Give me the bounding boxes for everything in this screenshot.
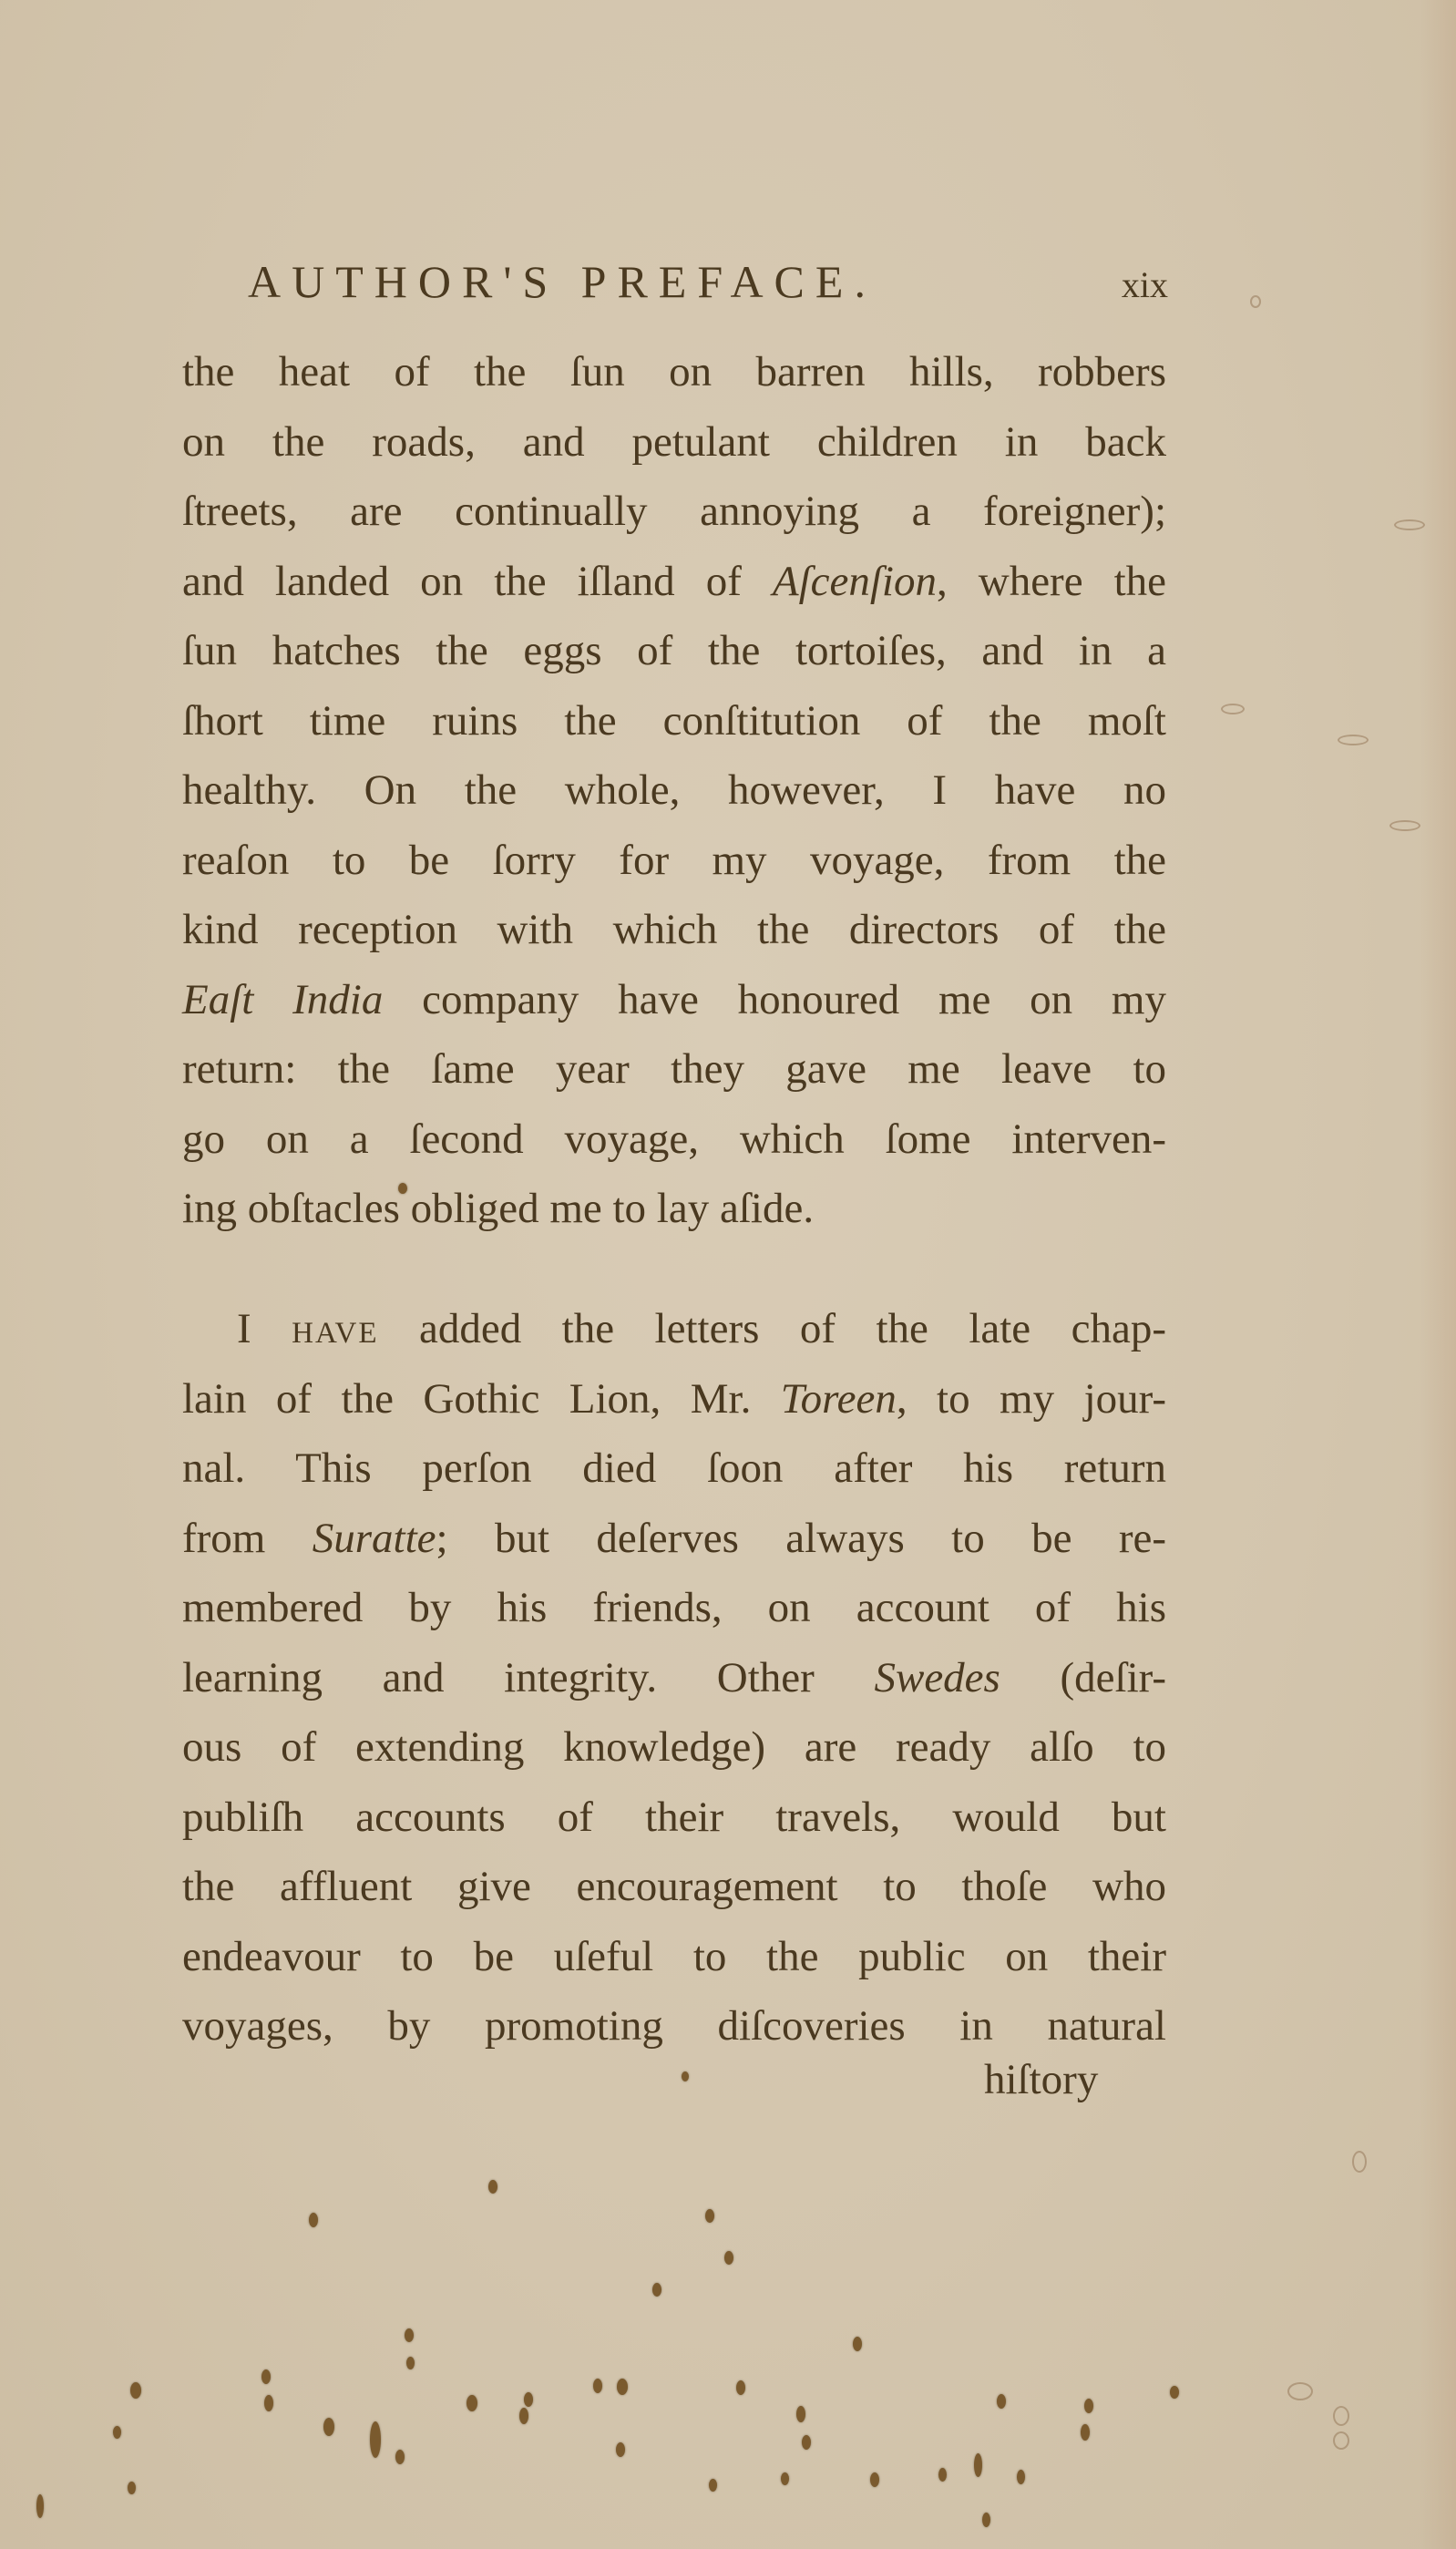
small-caps-word: have [292, 1305, 378, 1352]
text-line: ſun hatches the eggs of the tortoiſes, a… [182, 616, 1166, 686]
text-line: nal. This perſon died ſoon after his ret… [182, 1434, 1166, 1504]
text-line: return: the ſame year they gave me leave… [182, 1034, 1166, 1105]
text-line: and landed on the iſland of Aſcenſion, w… [182, 547, 1166, 617]
text-segment: added the letters of the late chap- [379, 1305, 1166, 1352]
text-line: the affluent give encouragement to thoſe… [182, 1852, 1166, 1922]
text-line: membered by his friends, on account of h… [182, 1573, 1166, 1643]
text-line: learning and integrity. Other Swedes (de… [182, 1643, 1166, 1713]
page-edge-shadow [1420, 0, 1456, 2549]
text-segment: and landed on the iſland of [182, 558, 773, 605]
text-line: voyages, by promoting diſcoveries in nat… [182, 1991, 1166, 2061]
text-line: kind reception with which the directors … [182, 895, 1166, 965]
text-segment: (deſir- [1000, 1654, 1166, 1701]
text-line: ing obſtacles obliged me to lay aſide. [182, 1174, 1166, 1244]
running-head: AUTHOR'S PREFACE. xix [248, 255, 1168, 319]
text-line: publiſh accounts of their travels, would… [182, 1783, 1166, 1853]
italic-company-name: Eaſt India [182, 976, 383, 1023]
text-segment: from [182, 1515, 313, 1562]
book-page: AUTHOR'S PREFACE. xix the heat of the ſu… [0, 0, 1456, 2549]
catchword: hiſtory [984, 2055, 1098, 2104]
page-number: xix [1122, 263, 1168, 306]
text-line: go on a ſecond voyage, which ſome interv… [182, 1105, 1166, 1175]
text-line: lain of the Gothic Lion, Mr. Toreen, to … [182, 1364, 1166, 1434]
text-segment: company have honoured me on my [383, 976, 1166, 1023]
text-line: endeavour to be uſeful to the public on … [182, 1922, 1166, 1992]
text-line: on the roads, and petulant children in b… [182, 407, 1166, 478]
text-line: Eaſt India company have honoured me on m… [182, 965, 1166, 1035]
italic-nationality: Swedes [874, 1654, 1000, 1701]
italic-place-name: Aſcenſion [773, 558, 937, 605]
text-segment: learning and integrity. Other [182, 1654, 874, 1701]
italic-person-name: Toreen [781, 1375, 897, 1423]
italic-place-name: Suratte [313, 1515, 436, 1562]
text-segment: , where the [937, 558, 1166, 605]
text-segment: , to my jour- [897, 1375, 1166, 1423]
drop-word: I [237, 1305, 251, 1352]
text-segment: lain of the Gothic Lion, Mr. [182, 1375, 781, 1423]
text-line: I have added the letters of the late cha… [182, 1294, 1166, 1364]
paragraph-2: I have added the letters of the late cha… [182, 1294, 1166, 2061]
text-line: the heat of the ſun on barren hills, rob… [182, 337, 1166, 407]
text-line: ſtreets, are continually annoying a fore… [182, 477, 1166, 547]
text-line: from Suratte; but deſerves always to be … [182, 1504, 1166, 1574]
text-line: ſhort time ruins the conſtitution of the… [182, 686, 1166, 756]
text-line: reaſon to be ſorry for my voyage, from t… [182, 826, 1166, 896]
text-line: ous of extending knowledge) are ready al… [182, 1712, 1166, 1783]
paragraph-1: the heat of the ſun on barren hills, rob… [182, 337, 1166, 1244]
running-title: AUTHOR'S PREFACE. [248, 255, 877, 308]
text-line: healthy. On the whole, however, I have n… [182, 755, 1166, 826]
text-segment: ; but deſerves always to be re- [436, 1515, 1166, 1562]
